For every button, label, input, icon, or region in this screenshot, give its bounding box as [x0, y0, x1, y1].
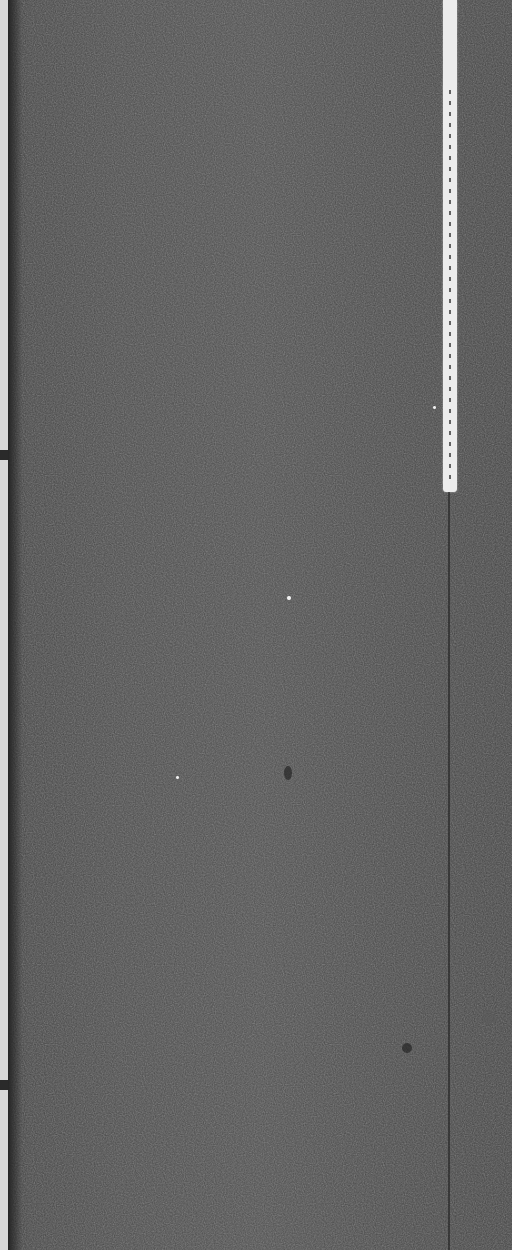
oil-stain [284, 766, 292, 780]
asphalt-texture [0, 0, 512, 1250]
debris-speck [433, 406, 436, 409]
edge-shadow [8, 0, 22, 1250]
oil-stain [482, 1010, 496, 1024]
debris-speck [287, 596, 291, 600]
edge-line-gap [0, 1080, 8, 1090]
oil-stain [402, 1043, 412, 1053]
edge-line [0, 0, 8, 1250]
debris-speck [176, 776, 179, 779]
road-surface [0, 0, 512, 1250]
lane-line-crack [449, 90, 451, 485]
edge-line-gap [0, 450, 8, 460]
pavement-seam [448, 492, 450, 1250]
